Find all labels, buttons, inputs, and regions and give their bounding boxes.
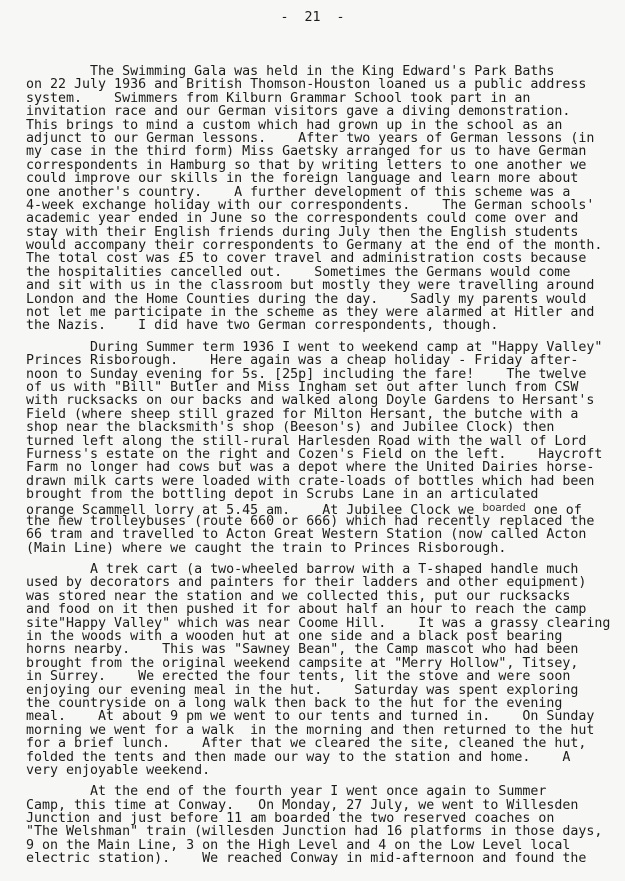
paragraph-summer-camp-conway: At the end of the fourth year I went onc…	[26, 785, 625, 865]
text-line: 9 on the Main Line, 3 on the High Level …	[26, 839, 625, 852]
text-line: horns nearby. This was "Sawney Bean", th…	[26, 643, 625, 656]
text-line: with rucksacks on our backs and walked a…	[26, 394, 625, 407]
text-line: orange Scammell lorry at 5.45 am. At Jub…	[26, 502, 625, 515]
text-line: adjunct to our German lessons. After two…	[26, 132, 625, 145]
text-line: not let me participate in the scheme as …	[26, 306, 625, 319]
text-line: Camp, this time at Conway. On Monday, 27…	[26, 799, 625, 812]
text-line: correspondents in Hamburg so that by wri…	[26, 159, 625, 172]
text-line: of us with "Bill" Butler and Miss Ingham…	[26, 381, 625, 394]
text-line: the countryside on a long walk then back…	[26, 697, 625, 710]
paragraph-trek-cart: A trek cart (a two-wheeled barrow with a…	[26, 563, 625, 777]
text-line: The total cost was £5 to cover travel an…	[26, 252, 625, 265]
text-line: At the end of the fourth year I went onc…	[26, 785, 625, 798]
text-line: was stored near the station and we colle…	[26, 590, 625, 603]
text-line: academic year ended in June so the corre…	[26, 212, 625, 225]
text-line: stay with their English friends during J…	[26, 226, 625, 239]
text-line: would accompany their correspondents to …	[26, 239, 625, 252]
text-line: one another's country. A further develop…	[26, 186, 625, 199]
text-line: my case in the third form) Miss Gaetsky …	[26, 145, 625, 158]
text-line: The Swimming Gala was held in the King E…	[26, 65, 625, 78]
page-number: - 21 -	[0, 10, 625, 25]
text-line: Farm no longer had cows but was a depot …	[26, 461, 625, 474]
text-line: London and the Home Counties during the …	[26, 293, 625, 306]
text-line: invitation race and our German visitors …	[26, 105, 625, 118]
text-line: During Summer term 1936 I went to weeken…	[26, 341, 625, 354]
text-line: and sit with us in the classroom but mos…	[26, 279, 625, 292]
text-line: on 22 July 1936 and British Thomson-Hous…	[26, 78, 625, 91]
text-line: system. Swimmers from Kilburn Grammar Sc…	[26, 92, 625, 105]
text-line: 4-week exchange holiday with our corresp…	[26, 199, 625, 212]
text-line: used by decorators and painters for thei…	[26, 576, 625, 589]
document-body: The Swimming Gala was held in the King E…	[26, 65, 625, 874]
text-line: very enjoyable weekend.	[26, 764, 625, 777]
text-line: and food on it then pushed it for about …	[26, 603, 625, 616]
text-line: brought from the bottling depot in Scrub…	[26, 488, 625, 501]
text-line: site"Happy Valley" which was near Coome …	[26, 617, 625, 630]
text-line: brought from the original weekend campsi…	[26, 657, 625, 670]
paragraph-swimming-gala: The Swimming Gala was held in the King E…	[26, 65, 625, 333]
text-line: drawn milk carts were loaded with crate-…	[26, 475, 625, 488]
text-line: meal. At about 9 pm we went to our tents…	[26, 710, 625, 723]
text-line: the Nazis. I did have two German corresp…	[26, 319, 625, 332]
text-line: the new trolleybuses (route 660 or 666) …	[26, 515, 625, 528]
text-line: turned left along the still-rural Harles…	[26, 435, 625, 448]
text-line: shop near the blacksmith's shop (Beeson'…	[26, 421, 625, 434]
paragraph-happy-valley-camp: During Summer term 1936 I went to weeken…	[26, 341, 625, 555]
text-line: morning we went for a walk in the mornin…	[26, 724, 625, 737]
text-line: in Surrey. We erected the four tents, li…	[26, 670, 625, 683]
text-line: 66 tram and travelled to Acton Great Wes…	[26, 528, 625, 541]
text-line: A trek cart (a two-wheeled barrow with a…	[26, 563, 625, 576]
text-line: Princes Risborough. Here again was a che…	[26, 354, 625, 367]
text-line: Furness's estate on the right and Cozen'…	[26, 448, 625, 461]
text-line: electric station). We reached Conway in …	[26, 852, 625, 865]
text-line: noon to Sunday evening for 5s. [25p] inc…	[26, 368, 625, 381]
text-line: "The Welshman" train (willesden Junction…	[26, 825, 625, 838]
text-line: for a brief lunch. After that we cleared…	[26, 737, 625, 750]
text-line: Field (where sheep still grazed for Milt…	[26, 408, 625, 421]
text-line: Junction and just before 11 am boarded t…	[26, 812, 625, 825]
handwritten-insertion: boarded	[482, 502, 525, 514]
text-line: (Main Line) where we caught the train to…	[26, 542, 625, 555]
text-line: the hospitalities cancelled out. Sometim…	[26, 266, 625, 279]
text-line: enjoying our evening meal in the hut. Sa…	[26, 684, 625, 697]
text-line: folded the tents and then made our way t…	[26, 751, 625, 764]
text-line: This brings to mind a custom which had g…	[26, 119, 625, 132]
text-line: in the woods with a wooden hut at one si…	[26, 630, 625, 643]
text-line: could improve our skills in the foreign …	[26, 172, 625, 185]
